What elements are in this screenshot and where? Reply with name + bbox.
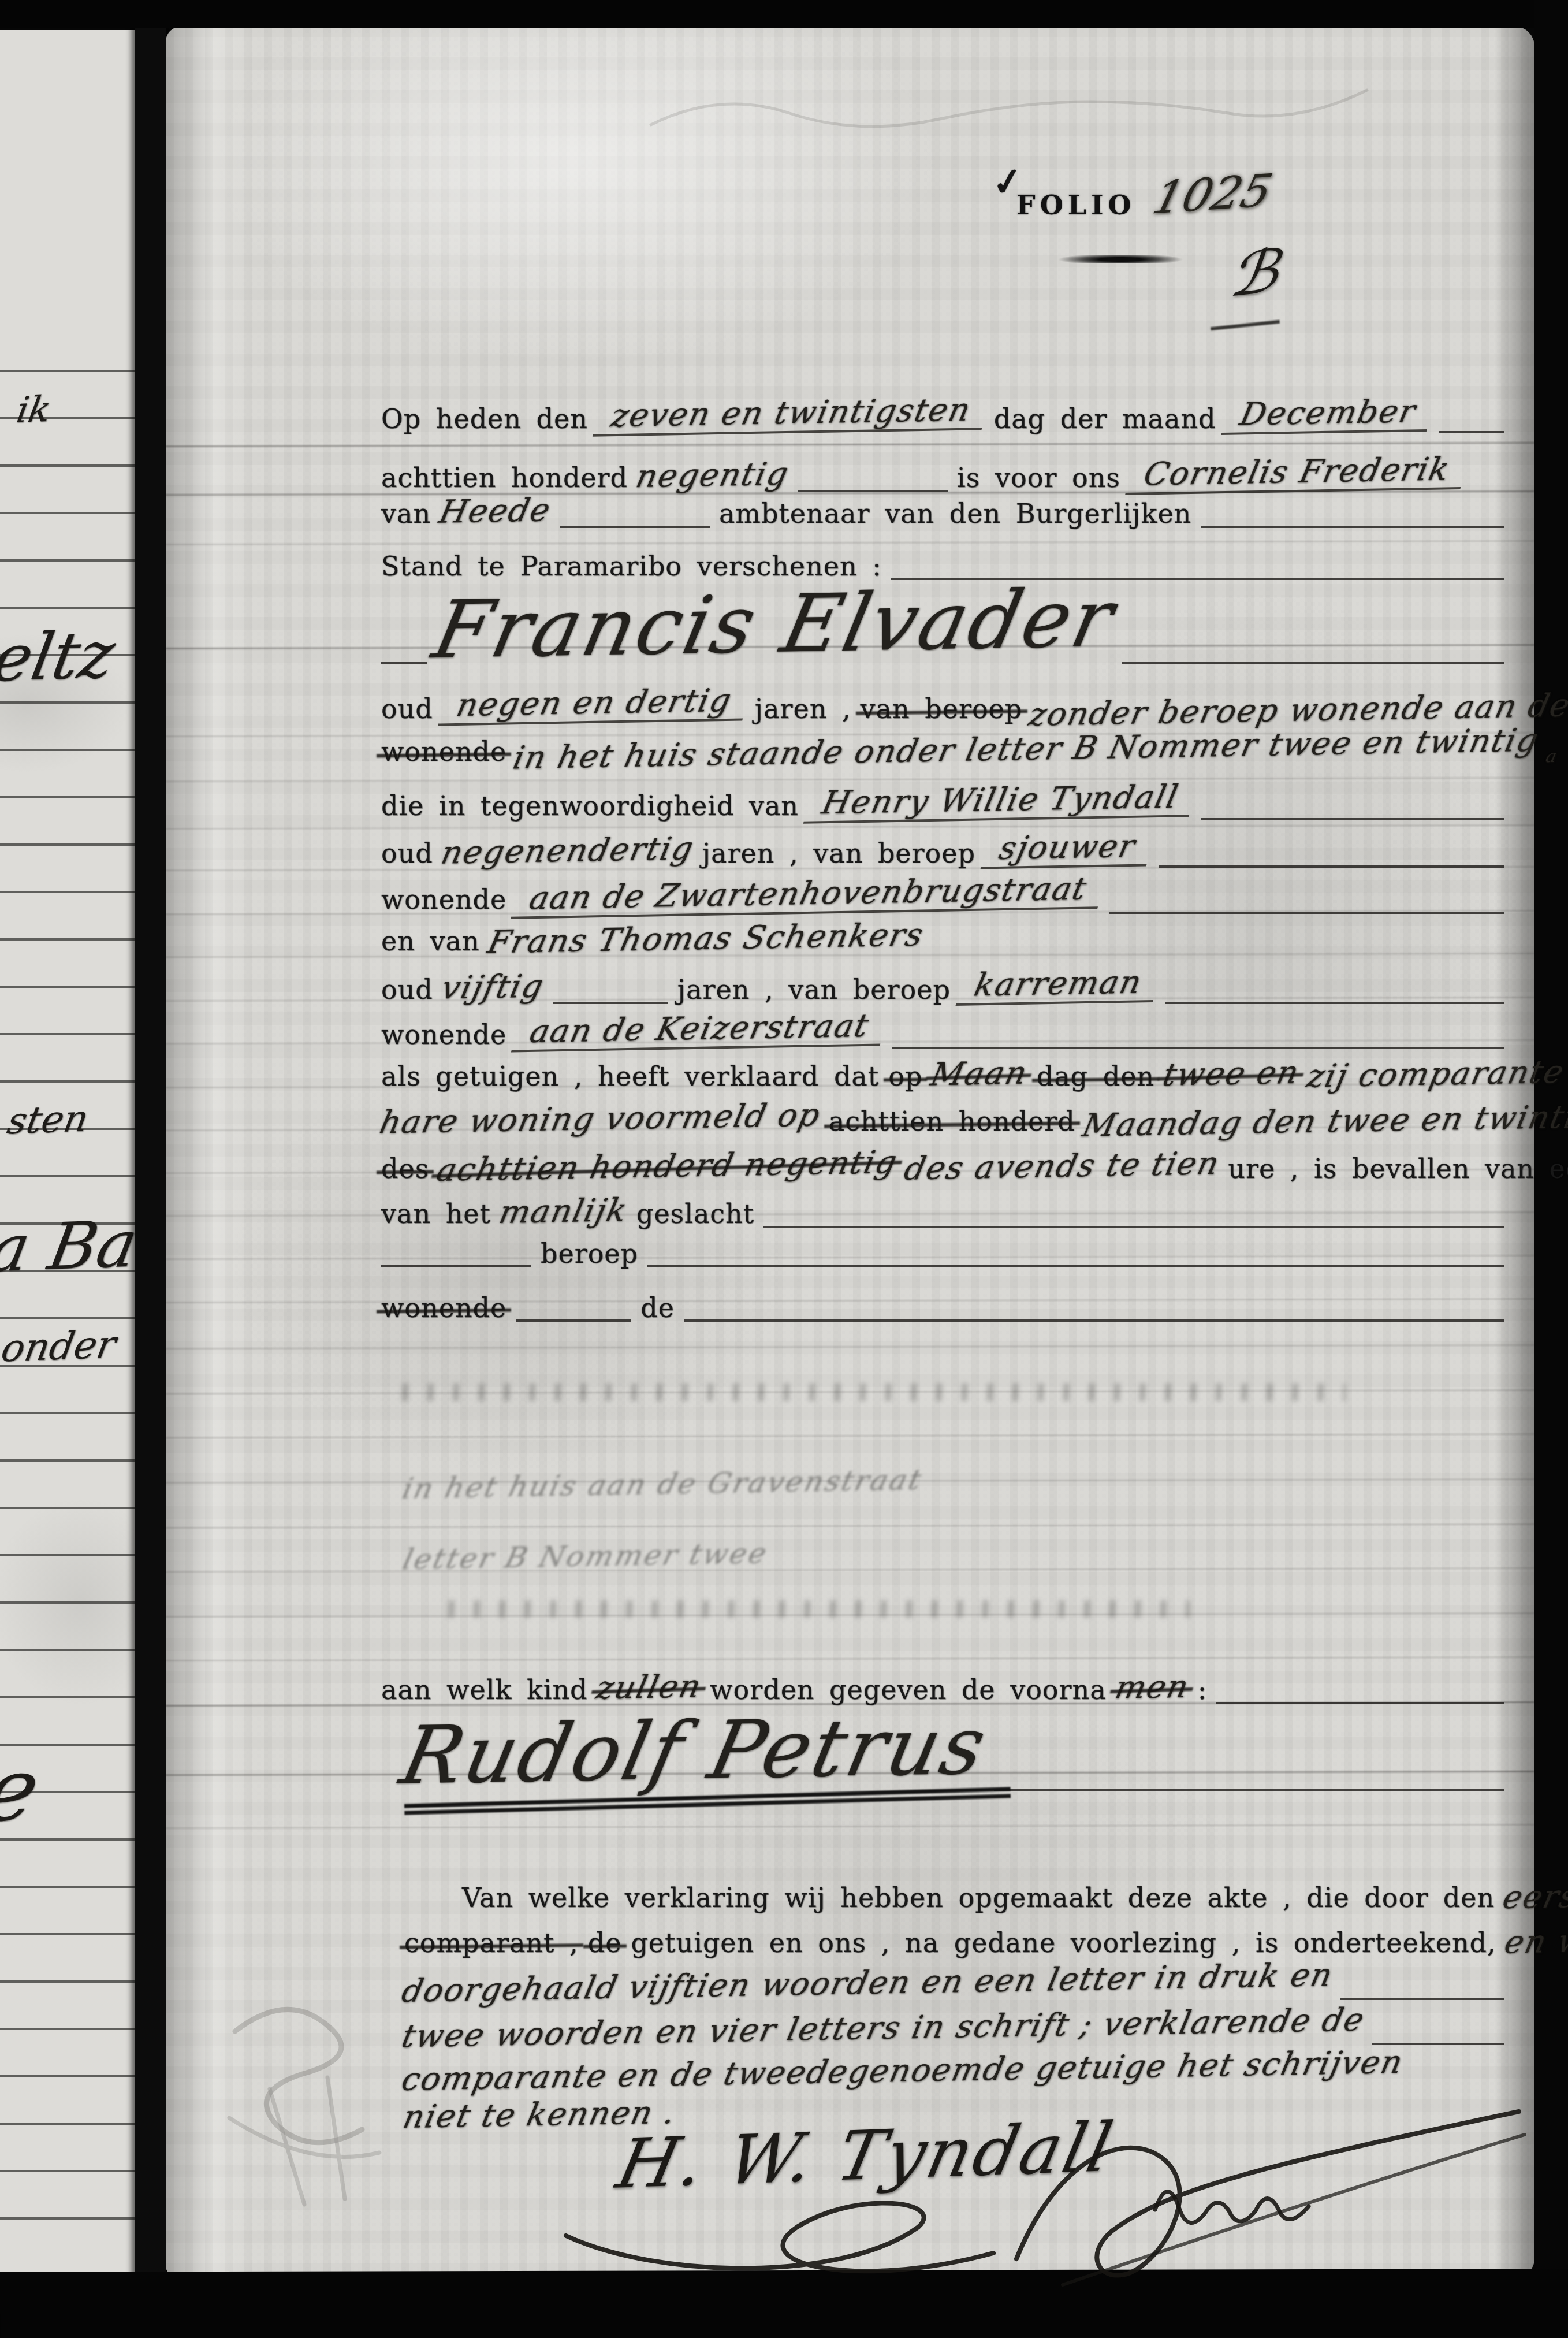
handwritten-birthtime: des avends te tien — [902, 1147, 1223, 1185]
handwritten-birthdate: Maandag den twee en twintigsten December — [1079, 1095, 1568, 1142]
left-page-ruled-line — [0, 464, 135, 467]
form-line-witness2-residence: wonende aan de Keizerstraat — [381, 1012, 1504, 1049]
left-page-text-fragment: sten — [4, 1098, 92, 1143]
printed-text: wonende — [381, 886, 506, 913]
official-signature-flourish — [1016, 2112, 1519, 2276]
struck-handwritten-text: twee en — [1160, 1056, 1302, 1092]
blank-rule — [1201, 812, 1504, 820]
clerk-paraph: ℬ — [1226, 236, 1282, 311]
left-page-ruled-line — [0, 2028, 135, 2030]
signature-flourishes — [543, 2080, 1559, 2330]
form-line-sex: van het manlijk geslacht — [381, 1195, 1504, 1228]
scanned-register-page: ikeltzstena Baaondere ✓ FOLIO 1025 ℬ Op … — [0, 0, 1568, 2338]
printed-text: : — [1198, 1676, 1208, 1704]
printed-text: dag der maand — [994, 405, 1216, 433]
handwritten-text: hare woning voormeld op — [377, 1098, 824, 1139]
struck-printed-text: comparant , — [404, 1929, 579, 1957]
scan-background-top — [0, 0, 1568, 28]
ledger-ruled-line — [166, 777, 1535, 782]
printed-text: oud — [381, 839, 433, 867]
blank-rule — [647, 1259, 1504, 1267]
declarant-name: Francis Elvader — [427, 579, 1122, 670]
blank-rule — [1201, 520, 1504, 528]
printed-text: als getuigen , heeft verklaard dat — [381, 1062, 879, 1090]
ledger-ruled-line — [166, 1656, 1535, 1661]
struck-handwritten-text: zullen — [593, 1670, 705, 1705]
witness1-occupation: sjouwer — [981, 830, 1154, 869]
left-page-ruled-line — [0, 2170, 135, 2172]
struck-printed-text: dag den — [1037, 1062, 1154, 1090]
blank-rule — [1340, 1992, 1504, 2000]
folio-number: 1025 — [1148, 165, 1278, 225]
left-page-ruled-line — [0, 749, 135, 751]
printed-text: ure , is bevallen van een kind — [1228, 1155, 1568, 1183]
bleedthrough-smudge — [393, 1384, 1346, 1401]
left-page-ruled-line — [0, 1412, 135, 1414]
blank-rule — [1122, 656, 1504, 664]
left-page-text-fragment: ik — [13, 388, 54, 431]
struck-printed-text: van beroep — [861, 695, 1023, 723]
ornament-divider — [1034, 255, 1207, 263]
left-page-ruled-line — [0, 2123, 135, 2125]
left-page-text-fragment: e — [0, 1739, 47, 1842]
form-line-witness1-age: oud negenendertig jaren , van beroep sjo… — [381, 831, 1504, 868]
witness2-occupation: karreman — [955, 965, 1160, 1006]
blank-rule — [1439, 425, 1504, 433]
left-page-ruled-line — [0, 986, 135, 988]
printed-text: de — [640, 1294, 675, 1322]
ledger-ruled-line — [166, 1523, 1535, 1529]
struck-printed-text: de — [588, 1929, 622, 1957]
ledger-ruled-line — [166, 1824, 1535, 1829]
folio-label: FOLIO — [1016, 189, 1136, 221]
printed-text: jaren , van beroep — [702, 839, 975, 867]
printed-text: van het — [381, 1200, 491, 1228]
handwritten-official-surname: Heede — [437, 493, 554, 529]
handwritten-sex: manlijk — [496, 1194, 631, 1229]
struck-handwritten-text: men — [1112, 1670, 1192, 1705]
blank-rule — [560, 520, 710, 528]
blank-rule — [1159, 860, 1504, 868]
blank-rule — [1109, 906, 1504, 914]
bleedthrough-text: letter B Nommer twee — [400, 1537, 772, 1577]
closing-line-4: twee woorden en vier letters in schrift … — [404, 2012, 1504, 2045]
form-line-names-intro: aan welk kind zullen worden gegeven de v… — [381, 1671, 1504, 1704]
printed-text: ambtenaar van den Burgerlijken — [719, 500, 1191, 527]
left-page-ruled-line — [0, 1507, 135, 1509]
witness2-age: vijftig — [438, 969, 547, 1005]
blank-rule — [763, 1220, 1504, 1228]
left-page-ruled-line — [0, 796, 135, 798]
ledger-ruled-line — [166, 540, 1535, 545]
left-page-ruled-line — [0, 1696, 135, 1698]
form-line-year-official: achttien honderd negentig is voor ons Co… — [381, 455, 1504, 492]
declarant-name-line: Francis Elvader — [381, 578, 1504, 664]
left-page-ruled-line — [0, 1933, 135, 1935]
ledger-ruled-line — [166, 824, 1535, 830]
left-page-ruled-line — [0, 1459, 135, 1462]
blank-rule — [381, 1259, 531, 1267]
printed-text: geslacht — [636, 1200, 754, 1228]
ledger-ruled-line — [166, 1344, 1535, 1350]
form-line-witness1-residence: wonende aan de Zwartenhovenbrugstraat — [381, 877, 1504, 914]
left-page-ruled-line — [0, 1175, 135, 1177]
printed-text: oud — [381, 695, 433, 723]
form-line-birthtime: des achttien honderd negentig des avends… — [381, 1150, 1504, 1183]
left-page-text-fragment: eltz — [0, 617, 120, 696]
closing-line-1: Van welke verklaring wij hebben opgemaak… — [462, 1879, 1504, 1912]
ledger-ruled-line — [166, 1567, 1535, 1573]
blank-rule — [1165, 996, 1504, 1004]
witness-signature-flourish — [566, 2203, 993, 2271]
struck-printed-text: des — [381, 1155, 429, 1183]
left-page-ruled-line — [0, 1080, 135, 1083]
printed-text: getuigen en ons , na gedane voorlezing ,… — [631, 1929, 1496, 1957]
left-page-ruled-line — [0, 701, 135, 704]
binding-spine-bar — [135, 23, 166, 2288]
struck-printed-text: achttien honderd — [829, 1107, 1075, 1135]
struck-printed-text: wonende — [381, 1294, 506, 1322]
official-signature-tail — [1063, 2135, 1525, 2285]
printed-text: die in tegenwoordigheid van — [381, 792, 799, 820]
handwritten-text: eerstgenoemden — [1500, 1876, 1568, 1915]
left-page-ruled-line — [0, 512, 135, 514]
left-page-ruled-line — [0, 843, 135, 846]
left-page-ruled-line — [0, 2075, 135, 2077]
pencil-smudge — [639, 61, 1390, 148]
handwritten-age: negen en dertig — [438, 683, 750, 726]
struck-printed-text: op — [888, 1062, 922, 1090]
blank-rule — [1216, 1696, 1504, 1704]
left-page-ruled-line — [0, 938, 135, 941]
form-line-witness2-age: oud vijftig jaren , van beroep karreman — [381, 967, 1504, 1004]
closing-line-2: comparant , de getuigen en ons , na geda… — [404, 1924, 1504, 1957]
printed-text: jaren , van beroep — [677, 976, 951, 1003]
handwritten-month: December — [1221, 395, 1434, 435]
folio-header: ✓ FOLIO 1025 ℬ — [982, 169, 1340, 319]
printed-text: wonende — [381, 1021, 506, 1049]
child-name-line: Rudolf Petrus — [404, 1704, 1504, 1791]
blank-rule — [994, 1783, 1504, 1791]
form-line-residence: wonende in het huis staande onder letter… — [381, 733, 1504, 766]
left-page-ruled-line — [0, 1980, 135, 1983]
form-line-mother-residence: wonende de — [381, 1294, 1504, 1322]
handwritten-year: negentig — [633, 458, 792, 493]
blank-rule — [798, 484, 948, 492]
left-page-ruled-line — [0, 1554, 135, 1556]
closing-line-3: doorgehaald vijftien woorden en een lett… — [404, 1967, 1504, 2000]
left-page-ruled-line — [0, 1886, 135, 1888]
handwritten-text: en waarin zijn — [1502, 1921, 1568, 1959]
ledger-ruled-line — [166, 1433, 1535, 1439]
blank-rule — [381, 656, 427, 664]
form-line-birthdate: hare woning voormeld op achttien honderd… — [381, 1102, 1504, 1136]
form-line-witness1: die in tegenwoordigheid van Henry Willie… — [381, 783, 1504, 820]
form-line-mother-occupation: beroep — [381, 1240, 1504, 1267]
blank-rule — [553, 996, 668, 1004]
printed-text: en van — [381, 927, 480, 955]
printed-text: van — [381, 500, 431, 527]
form-line-official: van Heede ambtenaar van den Burgerlijken — [381, 495, 1504, 528]
printed-text: Van welke verklaring wij hebben opgemaak… — [462, 1884, 1495, 1912]
witness2-name: Frans Thomas Schenkers — [485, 918, 927, 959]
printed-text: achttien honderd — [381, 464, 628, 492]
blank-rule — [684, 1314, 1504, 1322]
witness1-age: negenendertig — [438, 832, 697, 869]
child-given-names: Rudolf Petrus — [394, 1706, 994, 1796]
struck-printed-text: wonende — [381, 738, 506, 765]
printed-text: aan welk kind — [381, 1676, 588, 1704]
witness1-address: aan de Zwartenhovenbrugstraat — [511, 872, 1105, 919]
left-page-text-fragment: onder — [0, 1322, 120, 1371]
left-page-ruled-line — [0, 607, 135, 609]
bleedthrough-smudge — [439, 1600, 1190, 1618]
left-page-ruled-line — [0, 1033, 135, 1035]
left-page-ruled-line — [0, 891, 135, 893]
handwritten-text: zij comparante in — [1304, 1054, 1568, 1093]
witness1-name: Henry Willie Tyndall — [803, 780, 1197, 823]
left-page-ruled-line — [0, 1601, 135, 1604]
left-page-ruled-line — [0, 370, 135, 372]
printed-text: jaren , — [755, 695, 851, 723]
handwritten-official-name: Cornelis Frederik — [1125, 452, 1468, 495]
left-page-ruled-line — [0, 1649, 135, 1651]
blank-rule — [516, 1314, 631, 1322]
left-page-ruled-line — [0, 1317, 135, 1319]
form-line-declaration: als getuigen , heeft verklaard dat op Ma… — [381, 1057, 1504, 1091]
blank-rule — [892, 1041, 1504, 1049]
left-page-text-fragment: a Baa — [0, 1205, 135, 1287]
printed-text: oud — [381, 976, 433, 1003]
left-page-ruled-line — [0, 559, 135, 562]
handwritten-day: zeven en twintigsten — [593, 393, 989, 436]
adjacent-page-edge: ikeltzstena Baaondere — [0, 30, 135, 2275]
left-page-ruled-line — [0, 2217, 135, 2220]
printed-text: beroep — [541, 1240, 638, 1267]
printed-text: worden gegeven de voorna — [710, 1676, 1106, 1704]
form-line-date: Op heden den zeven en twintigsten dag de… — [381, 396, 1504, 433]
struck-handwritten-text: Maan — [928, 1057, 1031, 1092]
printed-text: Op heden den — [381, 405, 588, 433]
printed-text: Stand te Paramaribo verschenen : — [381, 552, 882, 580]
form-line-age-occupation: oud negen en dertig jaren , van beroep z… — [381, 686, 1504, 723]
printed-text: is voor ons — [957, 464, 1120, 492]
form-line-witness2: en van Frans Thomas Schenkers — [381, 922, 1504, 956]
struck-handwritten-text: achttien honderd negentig — [434, 1146, 901, 1187]
ledger-ruled-line — [166, 442, 1535, 447]
witness2-address: aan de Keizerstraat — [511, 1009, 888, 1052]
